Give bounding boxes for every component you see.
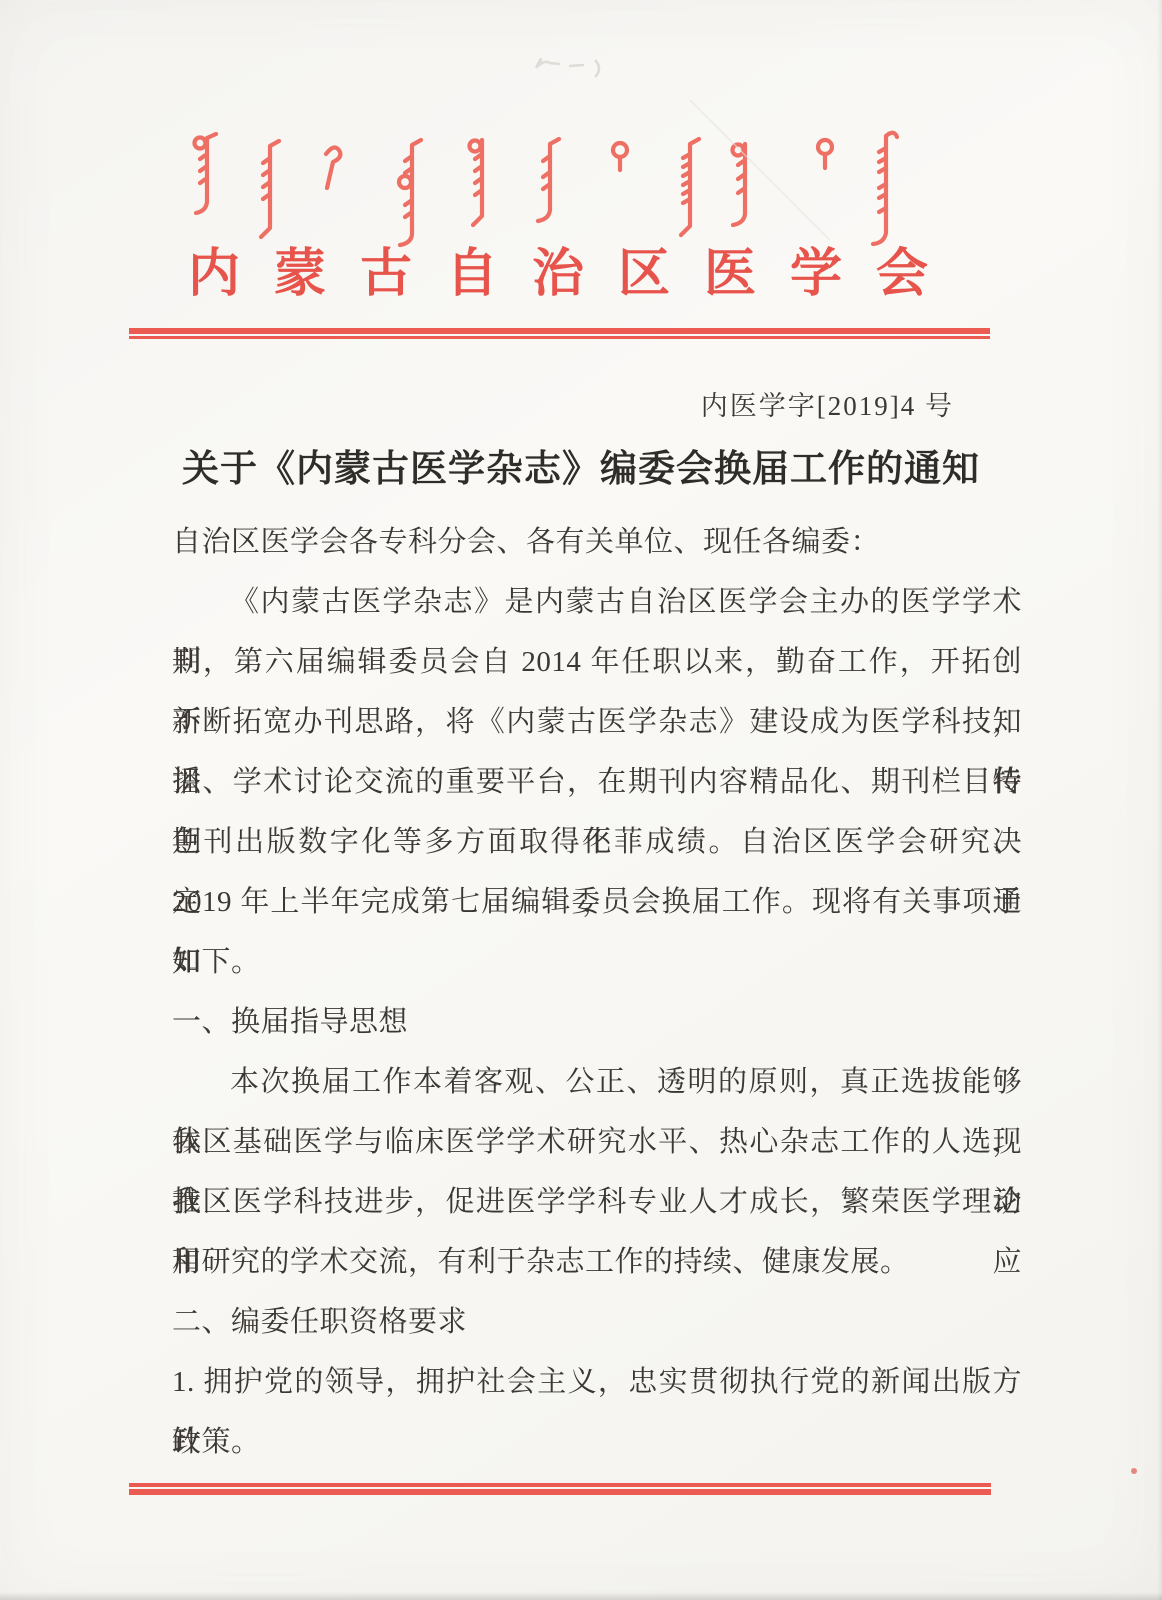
body-line: 我区医学科技进步，促进医学学科专业人才成长，繁荣医学理论和应 [172, 1172, 1022, 1232]
body-line: 1. 拥护党的领导，拥护社会主义，忠实贯彻执行党的新闻出版方针 [172, 1352, 1022, 1412]
letterhead-rule-thin [129, 336, 990, 339]
body-line-section-1: 一、换届指导思想 [172, 992, 1022, 1052]
body-line: 本次换届工作本着客观、公正、透明的原则，真正选拔能够体现 [172, 1052, 1022, 1112]
mongolian-script-header [180, 128, 920, 260]
body-line-salutation: 自治区医学会各专科分会、各有关单位、现任各编委： [172, 512, 1022, 572]
scanned-document-page: 内蒙古自治区医学会 内医学字[2019]4 号 关于《内蒙古医学杂志》编委会换届… [0, 0, 1162, 1600]
ink-speck [1131, 1468, 1137, 1474]
body-line: 用研究的学术交流，有利于杂志工作的持续、健康发展。 [172, 1232, 1022, 1292]
footer-rule-stripe [129, 1487, 991, 1489]
body-line: 政策。 [172, 1412, 1022, 1472]
document-body: 自治区医学会各专科分会、各有关单位、现任各编委： 《内蒙古医学杂志》是内蒙古自治… [172, 512, 1022, 1472]
letterhead-rule [129, 328, 990, 339]
body-line: 不断拓宽办刊思路，将《内蒙古医学杂志》建设成为医学科技知识传 [172, 692, 1022, 752]
body-line: 刊，第六届编辑委员会自 2014 年任职以来，勤奋工作，开拓创新， [172, 632, 1022, 692]
body-line: 期刊出版数字化等多方面取得不菲成绩。自治区医学会研究决定，于 [172, 812, 1022, 872]
faint-pencil-mark [536, 59, 599, 77]
footer-rule [129, 1483, 991, 1495]
body-line-section-2: 二、编委任职资格要求 [172, 1292, 1022, 1352]
document-title: 关于《内蒙古医学杂志》编委会换届工作的通知 [0, 438, 1162, 492]
scan-edge-right [1157, 0, 1162, 1600]
scan-edge-bottom [0, 1592, 1162, 1600]
doc-number: 内医学字[2019]4 号 [701, 384, 954, 423]
body-line: 《内蒙古医学杂志》是内蒙古自治区医学会主办的医学学术期 [172, 572, 1022, 632]
body-line: 播、学术讨论交流的重要平台，在期刊内容精品化、期刊栏目特色化、 [172, 752, 1022, 812]
letterhead-rule-thick [129, 328, 990, 334]
body-line: 我区基础医学与临床医学学术研究水平、热心杂志工作的人选，推动 [172, 1112, 1022, 1172]
body-line: 如下。 [172, 932, 1022, 992]
org-name: 内蒙古自治区医学会 [188, 246, 962, 304]
body-line: 2019 年上半年完成第七届编辑委员会换届工作。现将有关事项通知 [172, 872, 1022, 932]
